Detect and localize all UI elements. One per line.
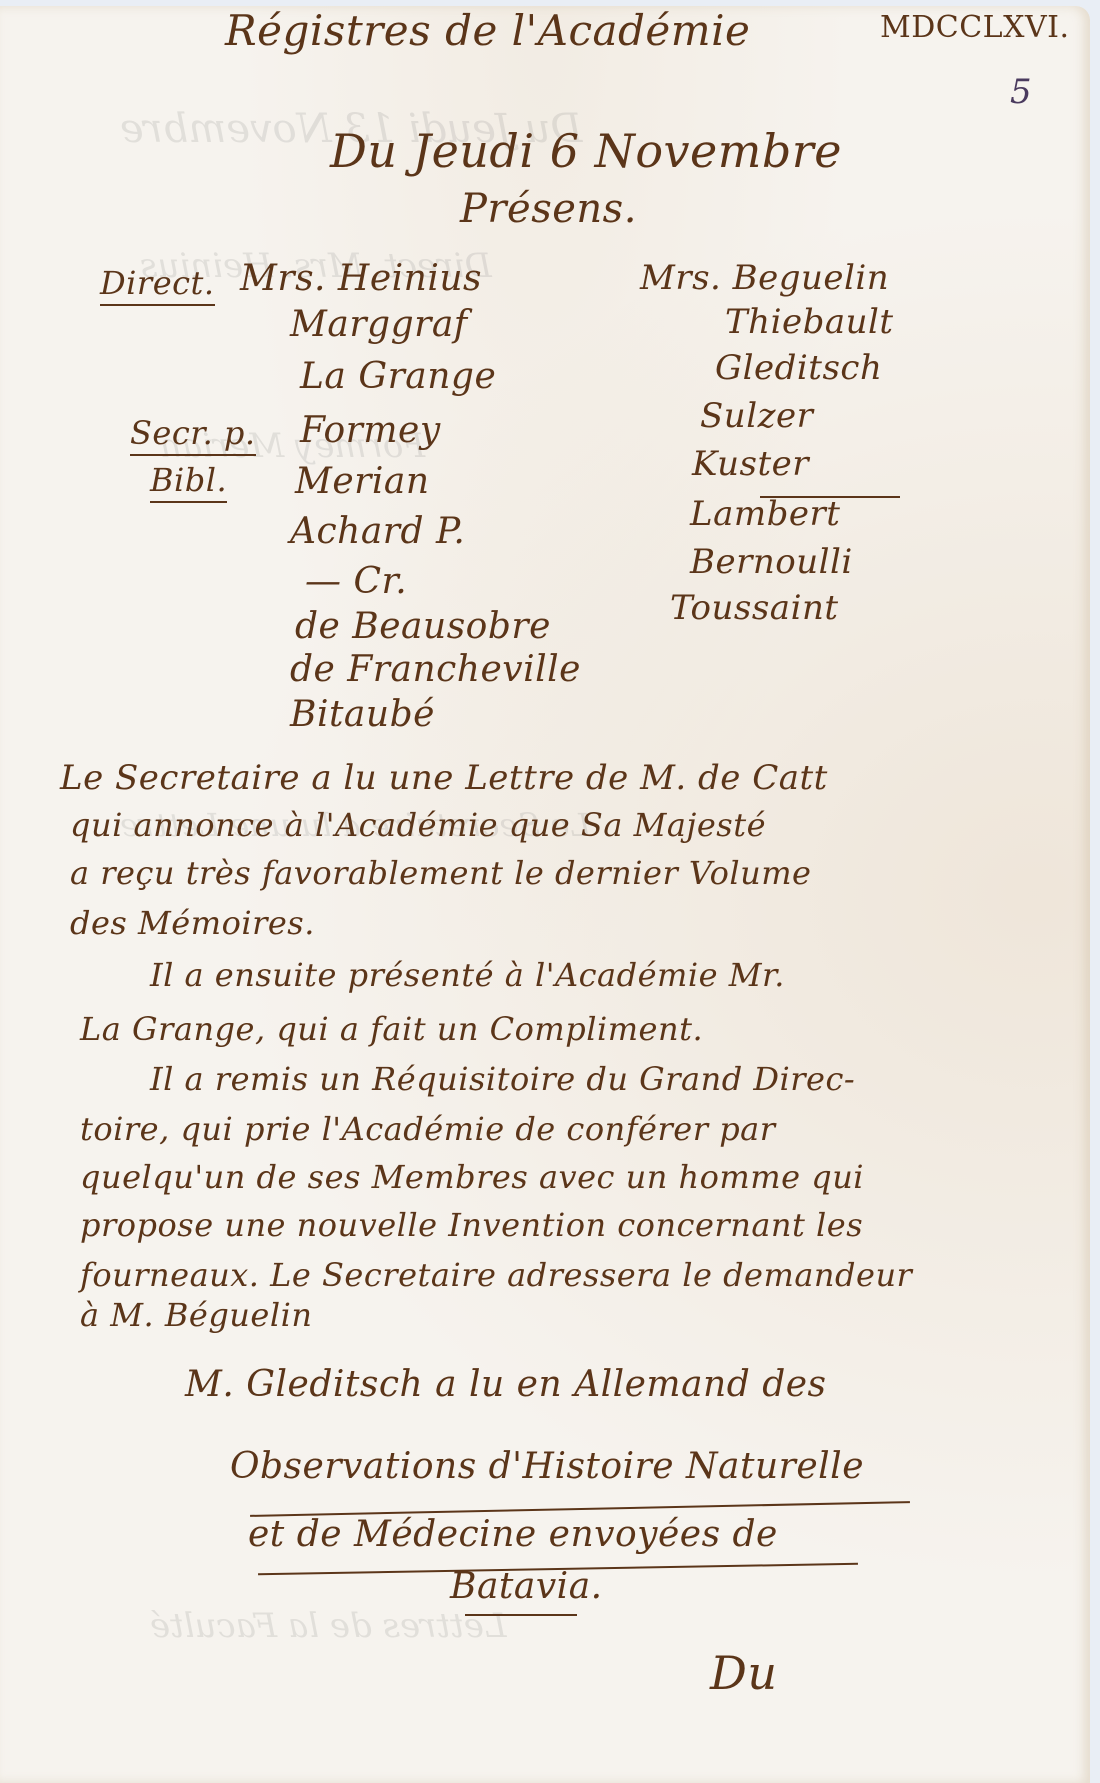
minutes-line: fourneaux. Le Secretaire adressera le de… [80, 1256, 912, 1294]
year-roman-numeral: MDCCLXVI. [880, 10, 1070, 45]
member-name: Thiebault [725, 302, 894, 342]
folio-number: 5 [1010, 72, 1032, 112]
minutes-line: toire, qui prie l'Académie de conférer p… [80, 1110, 776, 1148]
register-title: Régistres de l'Académie [225, 6, 750, 55]
minutes-line: La Grange, qui a fait un Compliment. [80, 1010, 703, 1048]
role-secretary: Secr. p. [130, 414, 256, 456]
bleed-through-text: Lettres de la Faculté [150, 1606, 506, 1646]
minutes-line: qui annonce à l'Académie que Sa Majesté [70, 806, 766, 844]
paper-title-line: et de Médecine envoyées de [248, 1514, 778, 1555]
member-name: Mrs. Beguelin [640, 258, 889, 298]
role-director: Direct. [100, 264, 215, 306]
minutes-line: des Mémoires. [70, 904, 315, 942]
member-name: Formey [300, 410, 441, 451]
member-name: La Grange [300, 356, 496, 397]
minutes-line: M. Gleditsch a lu en Allemand des [185, 1364, 827, 1405]
member-name: de Beausobre [295, 606, 551, 647]
minutes-line: propose une nouvelle Invention concernan… [80, 1206, 863, 1244]
minutes-line: Il a remis un Réquisitoire du Grand Dire… [150, 1060, 855, 1098]
member-name: Gleditsch [715, 348, 882, 388]
role-librarian: Bibl. [150, 461, 227, 503]
member-name: Merian [295, 461, 430, 502]
member-name: Bitaubé [290, 694, 435, 735]
member-name: Mrs. Heinius [240, 258, 482, 299]
member-name: Bernoulli [690, 542, 853, 582]
paper-title-line: Observations d'Histoire Naturelle [230, 1446, 864, 1487]
presens-label: Présens. [460, 186, 637, 232]
member-name: Kuster [692, 444, 809, 484]
member-name: de Francheville [290, 649, 581, 690]
member-name: Achard P. [290, 511, 465, 552]
session-date: Du Jeudi 6 Novembre [330, 124, 842, 178]
minutes-line: Le Secretaire a lu une Lettre de M. de C… [60, 758, 828, 798]
underline-stroke [465, 1614, 577, 1616]
member-name: Marggraf [290, 304, 468, 345]
manuscript-page: Du Jeudi 13 Novembre Direct. Mrs. Heiniu… [0, 6, 1090, 1783]
member-name: Sulzer [700, 396, 813, 436]
member-name: — Cr. [305, 561, 407, 602]
member-name: Lambert [690, 494, 840, 534]
minutes-line: à M. Béguelin [80, 1296, 312, 1334]
minutes-line: Il a ensuite présenté à l'Académie Mr. [150, 956, 785, 994]
member-name: Toussaint [670, 588, 839, 628]
catchword: Du [710, 1646, 778, 1700]
minutes-line: quelqu'un de ses Membres avec un homme q… [80, 1158, 864, 1196]
paper-title-line: Batavia. [450, 1566, 603, 1607]
minutes-line: a reçu très favorablement le dernier Vol… [70, 854, 811, 892]
